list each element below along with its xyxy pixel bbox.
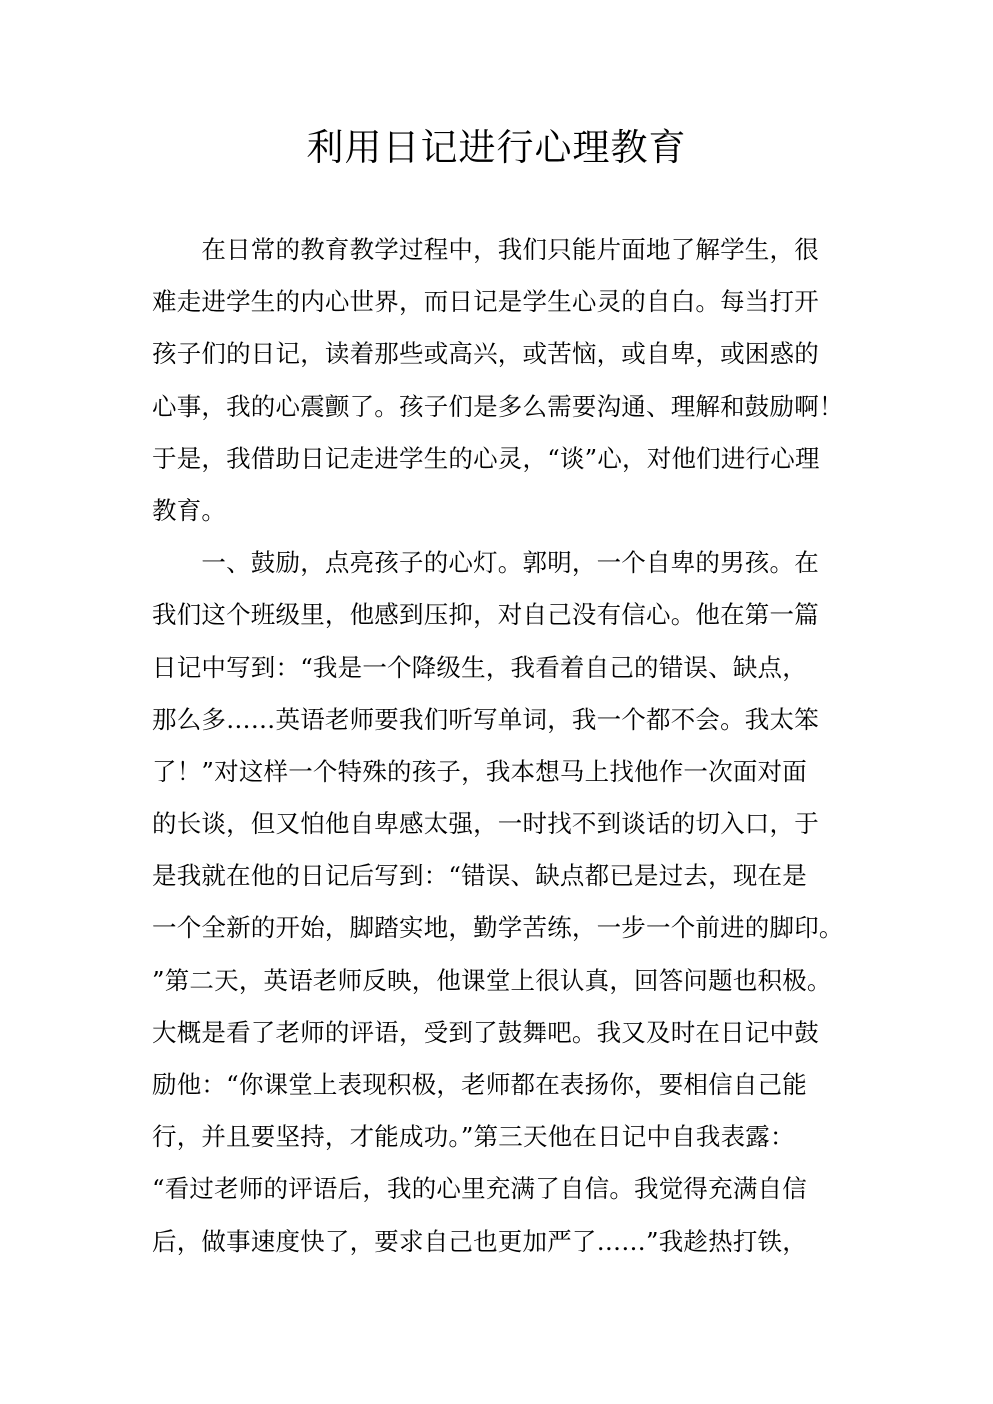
paragraph-line: 是我就在他的日记后写到：“错误、缺点都已是过去，现在是 (152, 850, 852, 902)
paragraph-line: 那么多……英语老师要我们听写单词，我一个都不会。我太笨 (152, 694, 852, 746)
paragraph-line: 一、鼓励，点亮孩子的心灯。郭明，一个自卑的男孩。在 (152, 537, 852, 589)
paragraph-line: 励他：“你课堂上表现积极，老师都在表扬你，要相信自己能 (152, 1059, 852, 1111)
paragraph-line: 后，做事速度快了，要求自己也更加严了……”我趁热打铁， (152, 1216, 852, 1268)
paragraph-line: 教育。 (152, 485, 852, 537)
paragraph-line: 孩子们的日记，读着那些或高兴，或苦恼，或自卑，或困惑的 (152, 328, 852, 380)
paragraph-line: 我们这个班级里，他感到压抑，对自己没有信心。他在第一篇 (152, 589, 852, 641)
paragraph-line: 日记中写到：“我是一个降级生，我看着自己的错误、缺点， (152, 642, 852, 694)
document-page: 利用日记进行心理教育 在日常的教育教学过程中，我们只能片面地了解学生，很 难走进… (0, 0, 993, 1404)
paragraph-line: 的长谈，但又怕他自卑感太强，一时找不到谈话的切入口，于 (152, 798, 852, 850)
document-title: 利用日记进行心理教育 (0, 118, 993, 178)
paragraph-line: 了！”对这样一个特殊的孩子，我本想马上找他作一次面对面 (152, 746, 852, 798)
paragraph-line: ”第二天，英语老师反映，他课堂上很认真，回答问题也积极。 (152, 955, 852, 1007)
paragraph-line: 心事，我的心震颤了。孩子们是多么需要沟通、理解和鼓励啊！ (152, 381, 852, 433)
paragraph-line: 大概是看了老师的评语，受到了鼓舞吧。我又及时在日记中鼓 (152, 1007, 852, 1059)
paragraph-line: 行，并且要坚持，才能成功。”第三天他在日记中自我表露： (152, 1111, 852, 1163)
paragraph-line: 在日常的教育教学过程中，我们只能片面地了解学生，很 (152, 224, 852, 276)
paragraph-line: “看过老师的评语后，我的心里充满了自信。我觉得充满自信 (152, 1163, 852, 1215)
paragraph-line: 一个全新的开始，脚踏实地，勤学苦练，一步一个前进的脚印。 (152, 902, 852, 954)
document-body: 在日常的教育教学过程中，我们只能片面地了解学生，很 难走进学生的内心世界，而日记… (152, 224, 852, 1268)
paragraph-line: 于是，我借助日记走进学生的心灵，“谈”心，对他们进行心理 (152, 433, 852, 485)
paragraph-line: 难走进学生的内心世界，而日记是学生心灵的自白。每当打开 (152, 276, 852, 328)
